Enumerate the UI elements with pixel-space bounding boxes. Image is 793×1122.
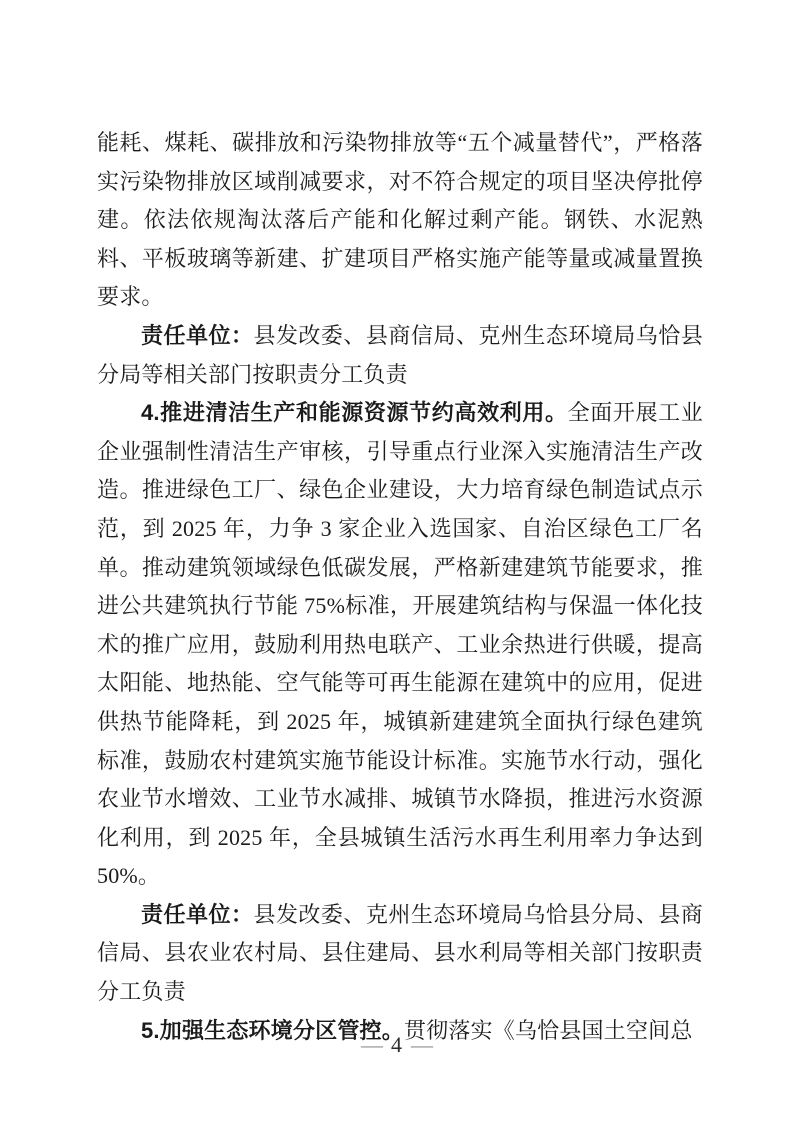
document-body: 能耗、煤耗、碳排放和污染物排放等“五个减量替代”，严格落实污染物排放区域削减要求… [97, 124, 703, 1050]
paragraph-text: 能耗、煤耗、碳排放和污染物排放等“五个减量替代”，严格落实污染物排放区域削减要求… [97, 130, 703, 309]
responsibility-label: 责任单位： [141, 323, 253, 348]
paragraph-responsibility-2: 责任单位：县发改委、克州生态环境局乌恰县分局、县商信局、县农业农村局、县住建局、… [97, 896, 703, 1012]
footer-right-dash: — [411, 1032, 432, 1057]
paragraph-continuation: 能耗、煤耗、碳排放和污染物排放等“五个减量替代”，严格落实污染物排放区域削减要求… [97, 124, 703, 317]
paragraph-responsibility-1: 责任单位：县发改委、县商信局、克州生态环境局乌恰县分局等相关部门按职责分工负责 [97, 317, 703, 394]
responsibility-label: 责任单位： [141, 902, 253, 927]
page-number: 4 [391, 1032, 402, 1057]
paragraph-text: 全面开展工业企业强制性清洁生产审核，引导重点行业深入实施清洁生产改造。推进绿色工… [97, 400, 703, 888]
footer-left-dash: — [361, 1032, 382, 1057]
page-footer: —4— [0, 1030, 793, 1060]
document-page: 能耗、煤耗、碳排放和污染物排放等“五个减量替代”，严格落实污染物排放区域削减要求… [0, 0, 793, 1122]
paragraph-section-4: 4.推进清洁生产和能源资源节约高效利用。全面开展工业企业强制性清洁生产审核，引导… [97, 394, 703, 896]
section-4-heading: 4.推进清洁生产和能源资源节约高效利用。 [141, 400, 568, 425]
